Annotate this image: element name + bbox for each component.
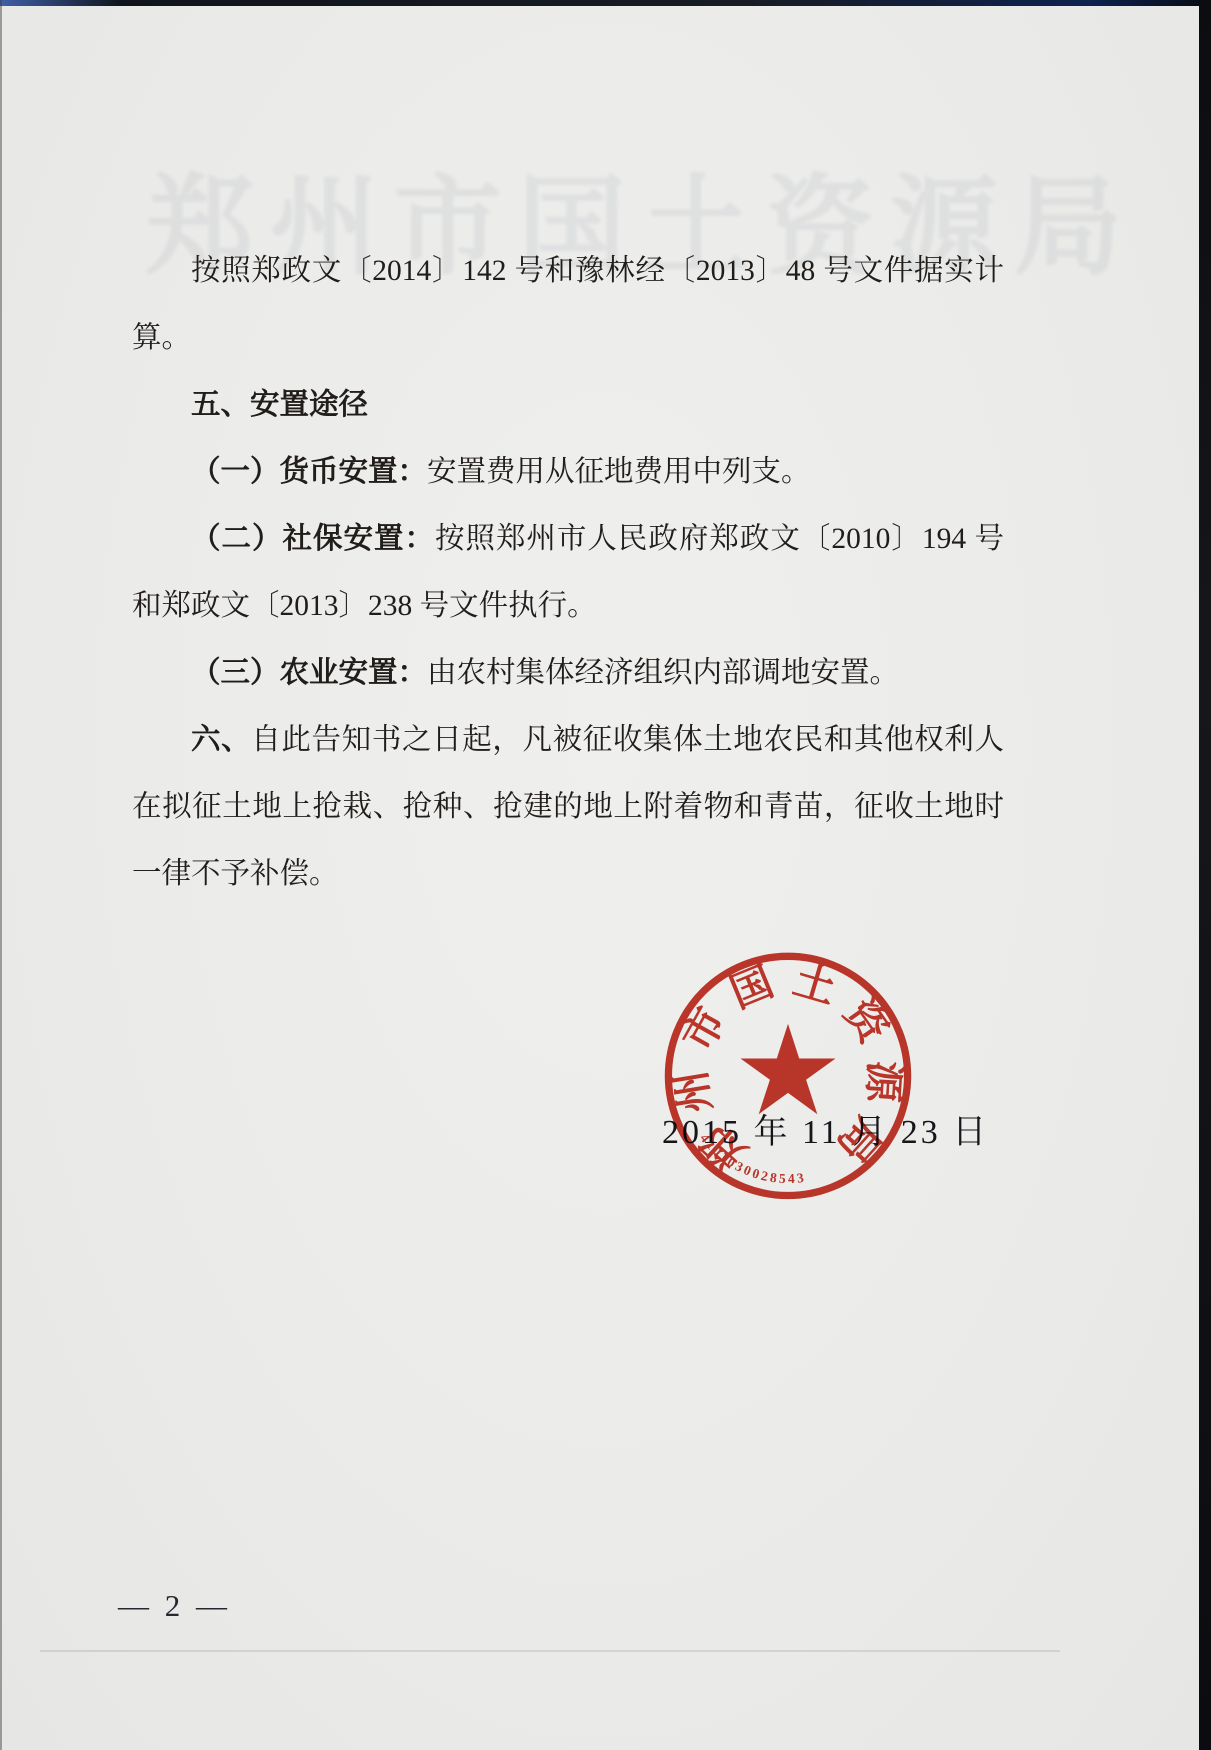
item3-text: 由农村集体经济组织内部调地安置。: [427, 657, 899, 689]
section5-item1: （一）货币安置：安置费用从征地费用中列支。: [132, 439, 1004, 506]
official-seal: 郑 州 市 国 土 资 源 局 4101030028543: [632, 922, 944, 1234]
paragraph1-line2: 算。: [132, 305, 1004, 372]
scan-edge-right: [1199, 0, 1211, 1750]
page-number: — 2 —: [118, 1588, 231, 1624]
section6-label: 六、: [191, 724, 251, 756]
seal-char-6: 资: [836, 991, 898, 1053]
item2-text: 按照郑州市人民政府郑政文〔2010〕194 号: [435, 523, 1004, 555]
section6-line3: 一律不予补偿。: [132, 841, 1004, 908]
section5-item3: （三）农业安置：由农村集体经济组织内部调地安置。: [132, 640, 1004, 707]
section5-item2-line2: 和郑政文〔2013〕238 号文件执行。: [132, 573, 1004, 640]
document-body: 按照郑政文〔2014〕142 号和豫林经〔2013〕48 号文件据实计 算。 五…: [132, 238, 1004, 908]
section5-item2-line1: （二）社保安置：按照郑州市人民政府郑政文〔2010〕194 号: [132, 506, 1004, 573]
seal-star-icon: [740, 1024, 835, 1114]
item2-label: （二）社保安置：: [191, 523, 435, 555]
scan-edge-left: [0, 0, 2, 1750]
seal-char-7: 源: [859, 1059, 907, 1105]
section6-line2: 在拟征土地上抢栽、抢种、抢建的地上附着物和青苗，征收土地时: [132, 774, 1004, 841]
item1-text: 安置费用从征地费用中列支。: [427, 456, 811, 488]
seal-char-5: 土: [788, 956, 841, 1012]
section6-line1-text: 自此告知书之日起，凡被征收集体土地农民和其他权利人: [251, 724, 1004, 756]
seal-char-3: 市: [674, 1000, 734, 1059]
seal-char-2: 州: [667, 1067, 719, 1116]
scan-streak: [40, 1650, 1060, 1652]
scan-edge-top: [0, 0, 1211, 6]
section6-line1: 六、自此告知书之日起，凡被征收集体土地农民和其他权利人: [132, 707, 1004, 774]
item3-label: （三）农业安置：: [191, 657, 427, 689]
paragraph1-line1: 按照郑政文〔2014〕142 号和豫林经〔2013〕48 号文件据实计: [132, 238, 1004, 305]
section5-heading: 五、安置途径: [132, 372, 1004, 439]
item1-label: （一）货币安置：: [191, 456, 427, 488]
seal-char-8: 局: [828, 1109, 890, 1171]
